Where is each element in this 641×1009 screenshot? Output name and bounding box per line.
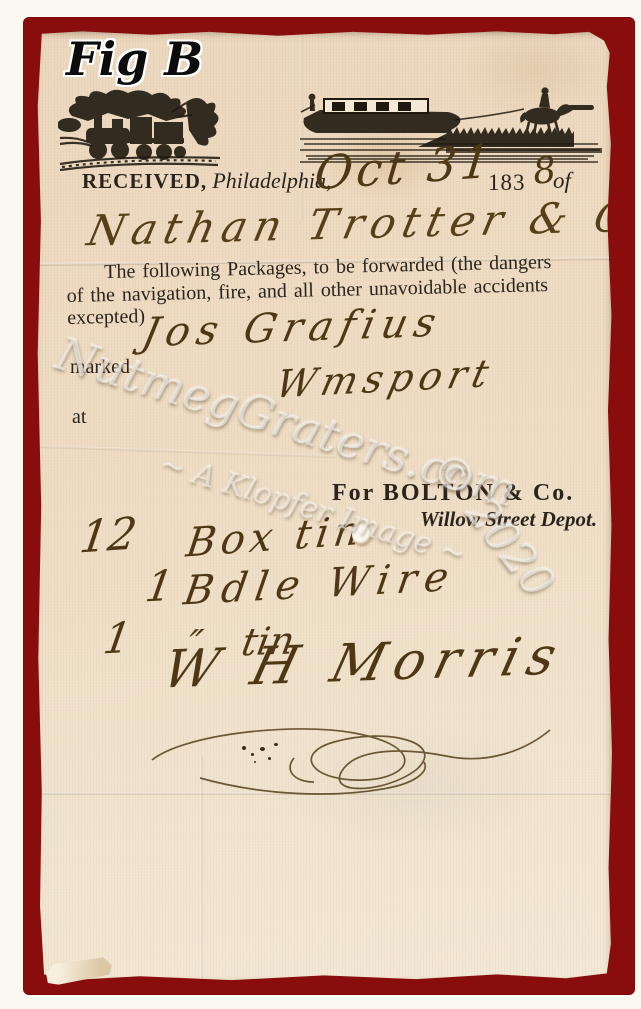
received-label: RECEIVED, (82, 169, 207, 193)
item-3-qty: 1 (100, 613, 135, 664)
company-for-line: For BOLTON & Co. (332, 480, 574, 507)
ink-speck (242, 746, 246, 750)
ink-speck (260, 747, 265, 751)
item-2-qty: 1 (142, 561, 177, 612)
year-handwritten: 8 (531, 150, 558, 193)
item-1-qty: 12 (77, 508, 140, 564)
ink-speck (268, 757, 271, 760)
marked-place-handwritten: Wmsport (272, 351, 499, 407)
punch-hole (352, 524, 371, 545)
marked-label: marked (70, 356, 130, 379)
ink-speck (251, 753, 254, 756)
company-depot-line: Willow Street Depot. (420, 507, 597, 532)
marked-name-handwritten: Jos Grafius (138, 300, 447, 357)
figure-label: Fig B (66, 32, 203, 86)
ink-speck (254, 761, 256, 763)
date-handwritten: Oct 31 (312, 134, 496, 201)
year-printed: 183 (488, 170, 526, 196)
signature-flourish (144, 698, 556, 810)
receipt-paper: Fig B (36, 30, 612, 982)
fold-crease-horizontal (36, 445, 336, 458)
ink-speck (274, 743, 278, 746)
at-label: at (72, 406, 86, 429)
item-1-desc: Box tin (183, 508, 368, 567)
locomotive-engraving-icon (58, 86, 222, 174)
addressee-handwritten: Nathan Trotter & Co (83, 191, 641, 255)
received-line: RECEIVED, Philadelphia, (82, 168, 332, 194)
